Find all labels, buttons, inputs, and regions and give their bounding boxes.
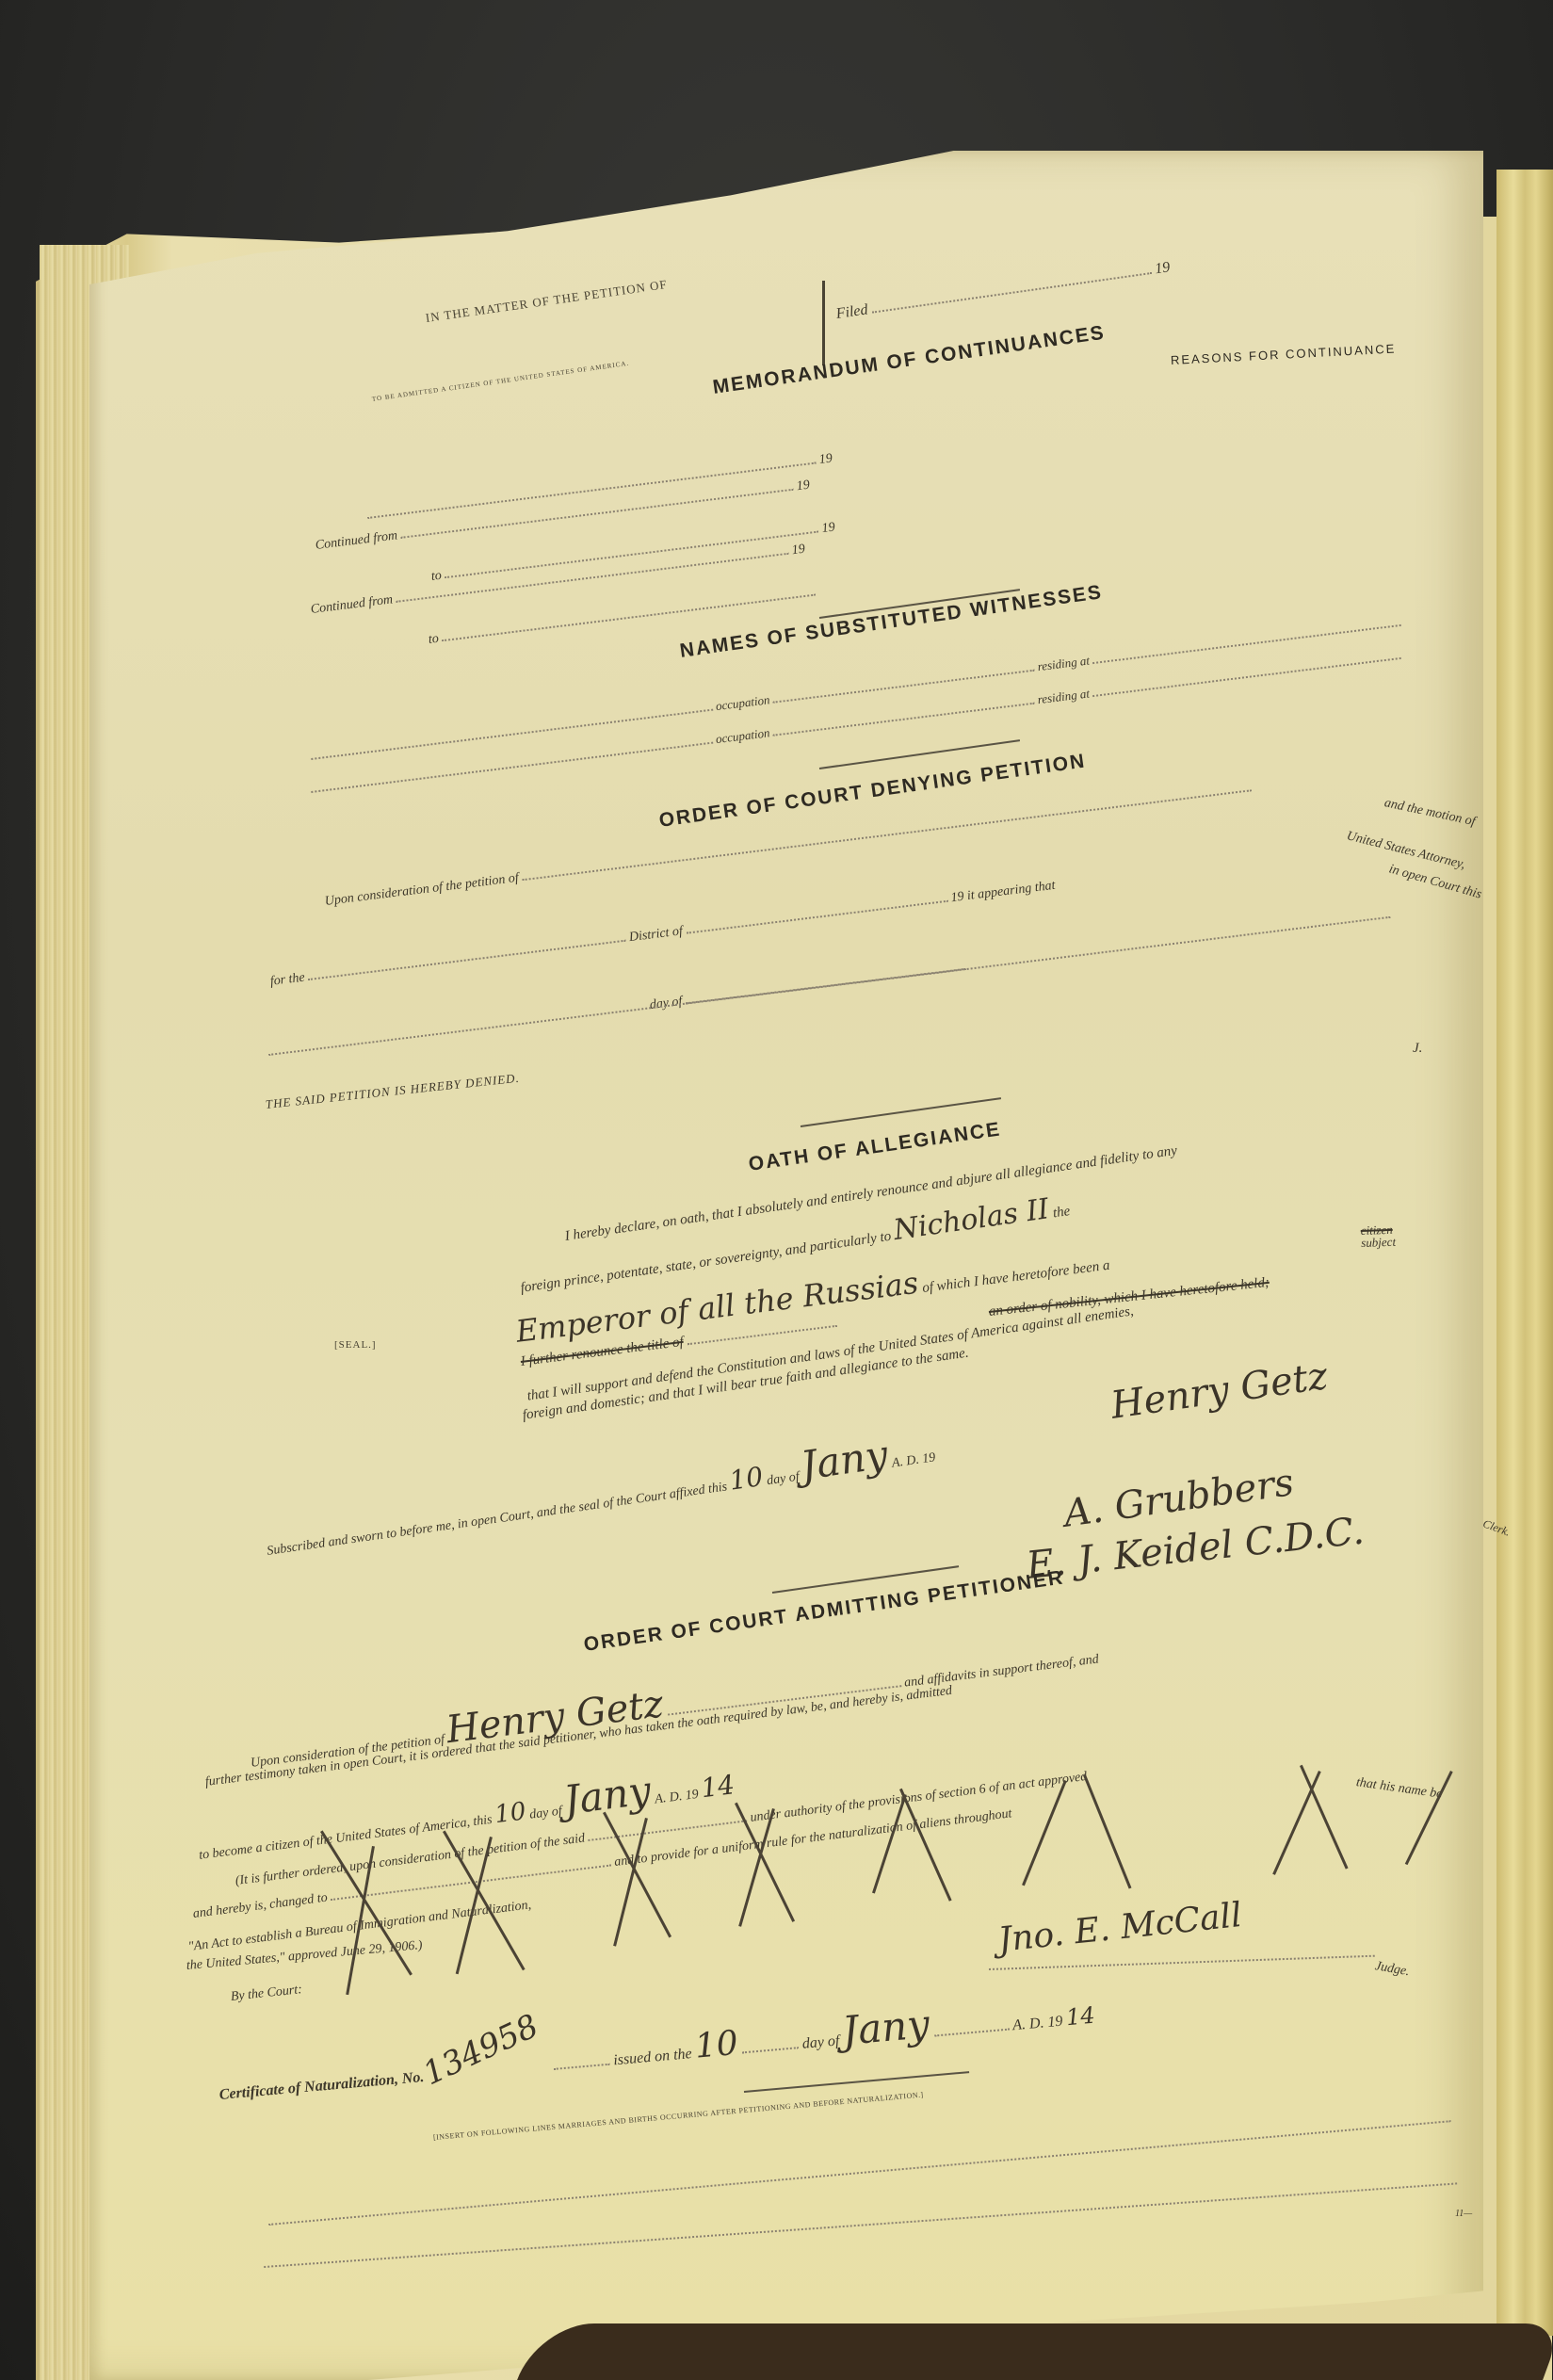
judge-mark: J. [1413,1041,1422,1057]
denying-open-court-text: in open Court this [1387,862,1483,902]
sworn-line: Subscribed and sworn to before me, in op… [263,1424,938,1563]
cross-out-stroke [1272,1771,1321,1875]
issued-day-line [742,2047,799,2053]
cross-out-stroke [899,1789,952,1902]
court-line [308,940,626,980]
continuances-title: MEMORANDUM OF CONTINUANCES [711,322,1107,399]
residing-label: residing at [1037,654,1091,674]
sworn-month: Jany [798,1431,891,1488]
petitioner-signature: Henry Getz [1108,1354,1331,1428]
petition-of-label: Upon consideration of the petition of [324,871,520,909]
cross-out-stroke [1300,1765,1349,1870]
issued-ad-label: A. D. 19 [1012,2014,1064,2034]
cross-out-stroke [1083,1774,1131,1889]
judge-signature: Jno. E. McCall [996,1896,1244,1960]
residing-label: residing at [1037,687,1091,707]
judge-signature-line [989,1955,1375,1970]
denying-blank-line [267,908,1391,1060]
seal-label: [SEAL.] [334,1339,377,1351]
occupation-label: occupation [715,725,770,746]
name-change-suffix: that his name be [1355,1775,1443,1803]
issued-day: 10 [693,2024,739,2066]
district-line [686,900,947,934]
reasons-title: REASONS FOR CONTINUANCE [1171,341,1397,367]
sworn-text: Subscribed and sworn to before me, in op… [266,1480,728,1559]
filed-year: 19 [1154,259,1171,277]
page-mark: 11— [1455,2209,1472,2219]
marriage-birth-line-1 [267,2110,1451,2230]
document-content: IN THE MATTER OF THE PETITION OF Filed 1… [0,0,1553,2380]
day-of-label: day of [766,1470,800,1489]
affidavits-text: and affidavits in support thereof, and [903,1652,1099,1690]
filed-date-line [872,272,1152,314]
denied-text: THE SAID PETITION IS HEREBY DENIED. [265,1071,520,1112]
oath-heretofore-text: of which I have heretofore been a [921,1258,1110,1296]
section-6-text: under authority of the provisions of sec… [750,1770,1088,1825]
year-label: 19 [950,890,965,906]
marriage-birth-line-2 [263,2172,1457,2273]
issued-month-line [934,2029,1010,2037]
insert-note: [INSERT ON FOLLOWING LINES MARRIAGES AND… [433,2090,924,2142]
filed-label: Filed 19 [835,259,1172,323]
certificate-line: Certificate of Naturalization, No. 13495… [217,1986,1096,2109]
witness-row-2: occupation residing at [310,648,1402,797]
continuance-label: to [430,569,443,584]
issued-month: Jany [840,2000,931,2054]
certificate-label: Certificate of Naturalization, No. [218,2069,425,2103]
petition-header-label: IN THE MATTER OF THE PETITION OF [425,277,669,326]
issued-day-of-label: day of [801,2032,840,2051]
sworn-day: 10 [727,1461,765,1497]
appearing-label: it appearing that [966,879,1056,903]
admit-year: 14 [699,1769,736,1804]
residing-line [1092,657,1401,697]
admit-day: 10 [493,1797,528,1829]
blank-line [264,2182,1457,2268]
subject-text: subject [1361,1236,1396,1249]
filed-text: Filed [835,301,869,322]
ad-label: A. D. 19 [891,1450,936,1470]
for-the-label: for the [269,971,306,989]
ad-label: A. D. 19 [654,1788,699,1807]
changed-to-text: and hereby is, changed to [192,1891,328,1921]
issued-on-label: issued on the [613,2046,693,2068]
header-divider [822,281,825,365]
continuance-label: to [428,632,440,647]
district-label: District of [628,924,684,945]
judge-label: Judge. [1374,1959,1411,1980]
occupation-label: occupation [715,692,770,713]
continuance-year: 19 [818,451,833,467]
issued-year: 14 [1065,2002,1096,2032]
continuance-year: 19 [791,542,806,559]
title-line [688,1325,837,1345]
certificate-line-blank [554,2064,610,2070]
petitioner-name-line [522,789,1251,881]
admit-label: TO BE ADMITTED A CITIZEN OF THE UNITED S… [371,360,629,403]
continuance-year: 19 [796,478,811,494]
occupation-line [773,703,1035,737]
day-of-label: day of [528,1805,562,1822]
handwritten-sovereign: Nicholas II [892,1192,1051,1247]
by-the-court-label: By the Court: [230,1983,302,2005]
oath-status: citizen subject [1361,1223,1397,1249]
continuance-label: Continued from [310,592,394,617]
continuance-label: Continued from [315,528,398,553]
section-divider [744,2071,969,2093]
oath-the-text: the [1052,1204,1071,1221]
continuance-line [401,489,794,539]
oath-title: OATH OF ALLEGIANCE [747,1118,1002,1175]
cross-out-stroke [1022,1780,1067,1886]
continuance-year: 19 [821,520,836,536]
denying-motion-text: and the motion of [1383,796,1477,830]
blank-line [268,916,1390,1056]
certificate-number: 134958 [417,2007,544,2093]
clerk-label: Clerk. [1480,1516,1512,1539]
